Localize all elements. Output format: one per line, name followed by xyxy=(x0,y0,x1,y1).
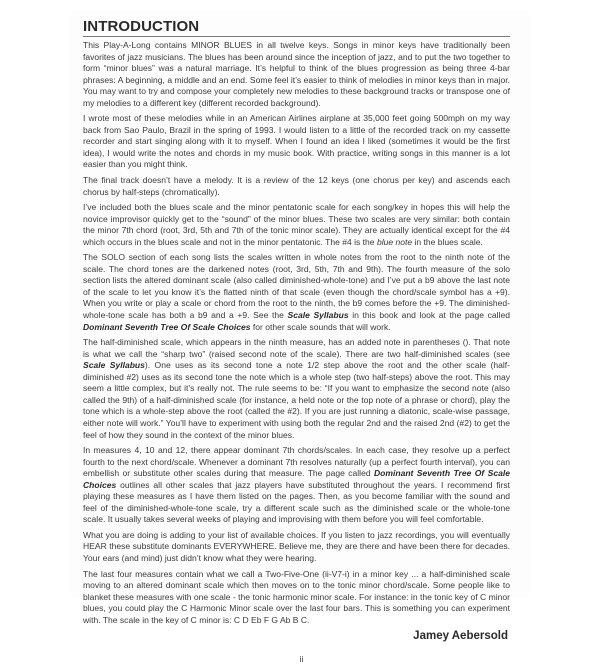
paragraph: In measures 4, 10 and 12, there appear d… xyxy=(83,445,510,526)
document-page: INTRODUCTION This Play-A-Long contains M… xyxy=(70,10,530,598)
reference-title: Dominant Seventh Tree Of Scale Choices xyxy=(83,322,251,332)
paragraph: I wrote most of these melodies while in … xyxy=(83,113,510,171)
reference-title: Scale Syllabus xyxy=(288,310,349,320)
body-text: This Play-A-Long contains MINOR BLUES in… xyxy=(83,40,510,600)
reference-title-wrapper: Scale Syllabus xyxy=(83,360,145,370)
reference-title-wrapper: Scale Syllabus xyxy=(288,310,349,320)
page-title: INTRODUCTION xyxy=(83,18,510,37)
paragraph-text: in this book and look at the page called xyxy=(349,310,510,320)
paragraph-text: outlines all other scales that jazz play… xyxy=(83,480,510,525)
paragraph: What you are doing is adding to your lis… xyxy=(83,530,510,565)
paragraph: The SOLO section of each song lists the … xyxy=(83,252,510,333)
paragraph-text: ). One uses as its second tone a note 1/… xyxy=(83,360,510,439)
paragraph: This Play-A-Long contains MINOR BLUES in… xyxy=(83,40,510,109)
emphasis-text: blue note xyxy=(377,237,412,247)
paragraph: The final track doesn’t have a melody. I… xyxy=(83,175,510,198)
reference-title-wrapper: Dominant Seventh Tree Of Scale Choices xyxy=(83,322,251,332)
paragraph-text: The final track doesn’t have a melody. I… xyxy=(83,175,510,197)
paragraph-text: What you are doing is adding to your lis… xyxy=(83,530,510,563)
paragraph-text: for other scale sounds that will work. xyxy=(251,322,391,332)
paragraph: I’ve included both the blues scale and t… xyxy=(83,202,510,248)
paragraph-text: in the blues scale. xyxy=(412,237,483,247)
paragraph-text: The last four measures contain what we c… xyxy=(83,569,510,600)
reference-title: Scale Syllabus xyxy=(83,360,145,370)
paragraph-text: This Play-A-Long contains MINOR BLUES in… xyxy=(83,40,510,108)
paragraph-text: I wrote most of these melodies while in … xyxy=(83,113,510,169)
page-content: INTRODUCTION This Play-A-Long contains M… xyxy=(83,18,510,600)
paragraph-text: The half-diminished scale, which appears… xyxy=(83,337,510,359)
paragraph: The last four measures contain what we c… xyxy=(83,569,510,600)
paragraph: The half-diminished scale, which appears… xyxy=(83,337,510,441)
